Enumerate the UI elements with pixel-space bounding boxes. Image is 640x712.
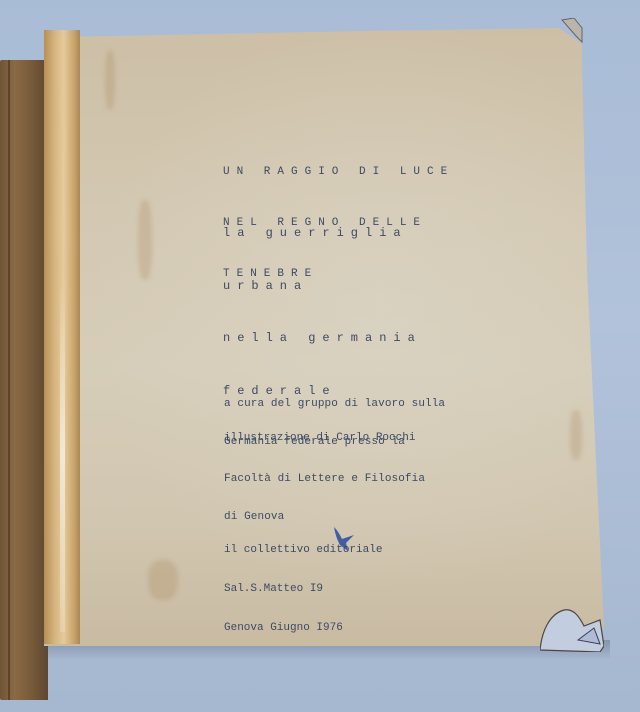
title-line-1: UN RAGGIO DI LUCE	[223, 164, 454, 181]
credits-line-1: a cura del gruppo di lavoro sulla	[224, 398, 445, 411]
publisher-line-1: il collettivo editoriale	[224, 544, 382, 557]
illustration-credit: illustrazione di Carlo Rocchi	[224, 432, 415, 444]
stain	[138, 200, 152, 280]
publisher-line-2: Sal.S.Matteo I9	[224, 583, 382, 596]
torn-corner-icon	[540, 600, 604, 652]
publisher-info: il collettivo editoriale Sal.S.Matteo I9…	[224, 518, 382, 661]
photo-scene: UN RAGGIO DI LUCE NEL REGNO DELLE TENEBR…	[0, 0, 640, 712]
subtitle-line-2: urbana	[223, 278, 422, 296]
publisher-line-3: Genova Giugno I976	[224, 622, 382, 635]
subtitle-line-1: la guerriglia	[223, 225, 422, 243]
subtitle-line-3: nella germania	[223, 330, 422, 348]
stain	[570, 410, 582, 460]
credits-line-3: Facoltà di Lettere e Filosofia	[224, 473, 445, 486]
blue-ink-stamp-icon	[328, 525, 358, 553]
stain	[148, 560, 178, 600]
folded-corner-icon	[560, 18, 584, 44]
stain	[105, 50, 115, 110]
cover-spine-edge	[44, 30, 80, 644]
back-book-spine	[0, 60, 48, 700]
